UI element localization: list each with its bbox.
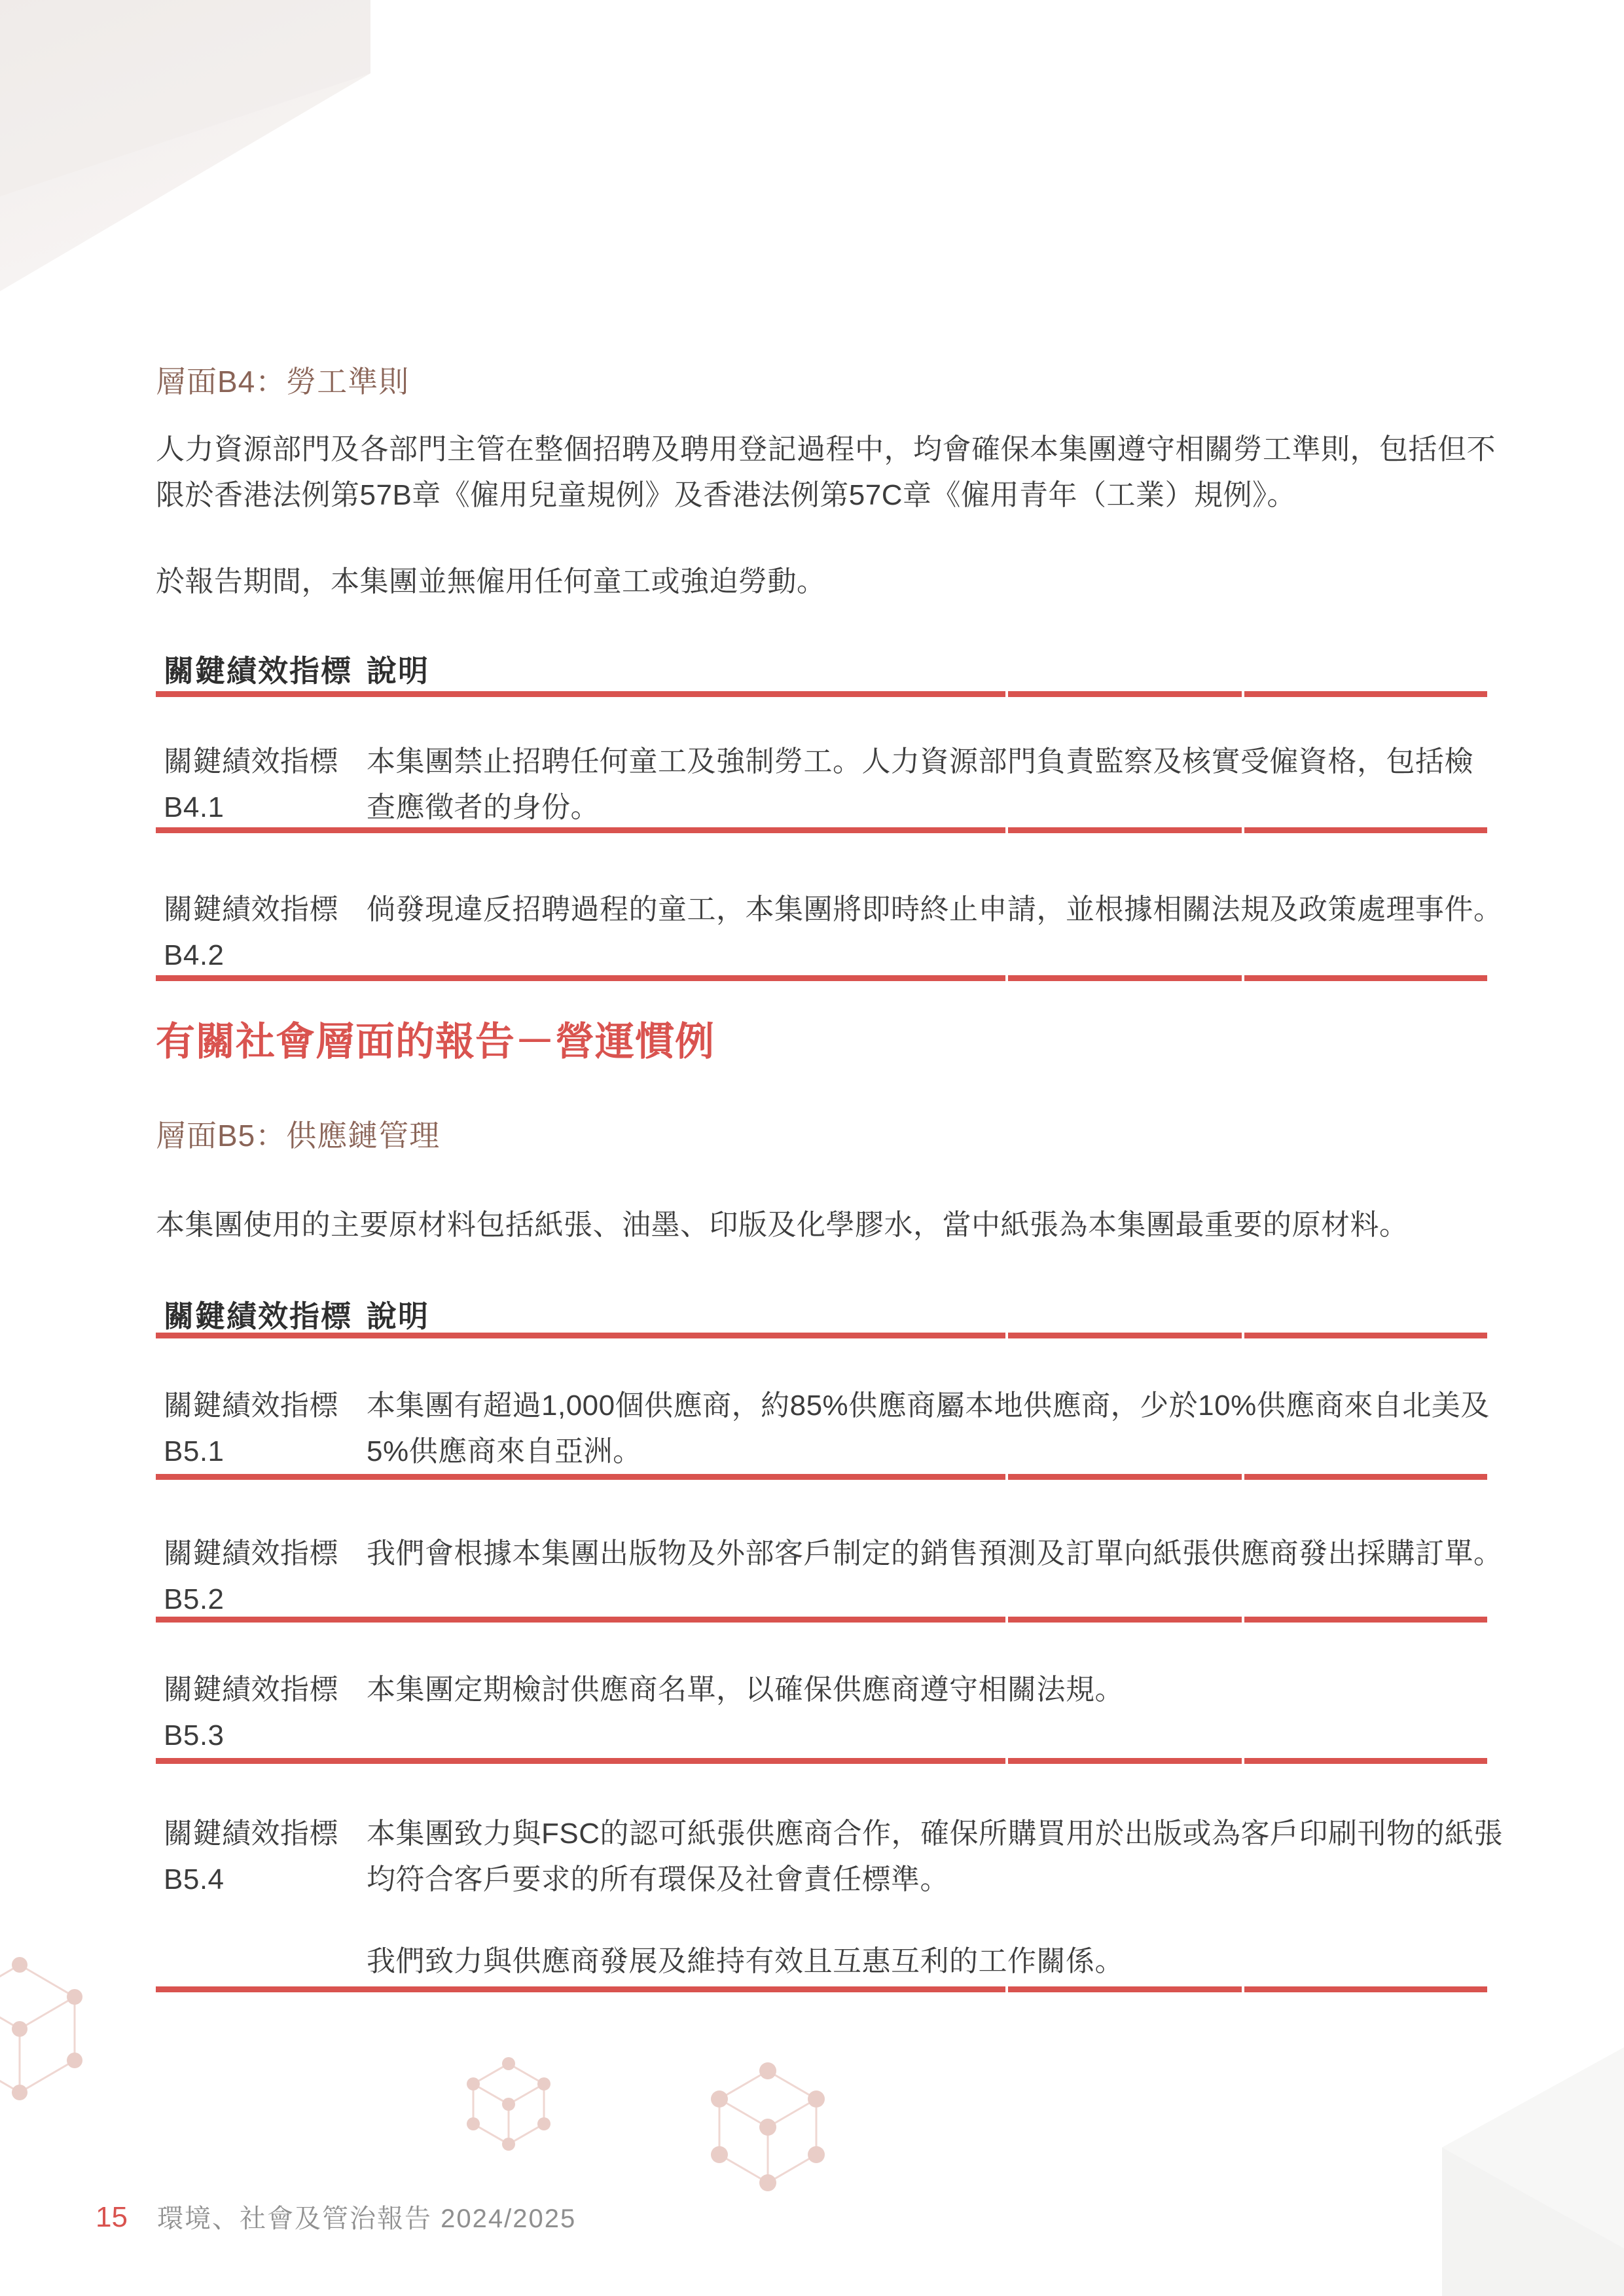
b4-paragraph: 於報告期間，本集團並無僱用任何童工或強迫勞動。 xyxy=(156,567,826,596)
table-rule xyxy=(156,1758,1487,1764)
corner-decoration-top-left xyxy=(0,0,370,291)
kpi-row-label: 關鍵績效指標 xyxy=(164,1391,338,1420)
esg-report-page: 層面B4：勞工準則 人力資源部門及各部門主管在整個招聘及聘用登記過程中，均會確保… xyxy=(0,0,1624,2296)
kpi-row-description: 倘發現違反招聘過程的童工，本集團將即時終止申請，並根據相關法規及政策處理事件。 xyxy=(367,895,1503,924)
aspect-b5-heading: 層面B5：供應鏈管理 xyxy=(156,1121,440,1151)
kpi-row-label: 關鍵績效指標 xyxy=(164,747,338,776)
kpi-row-label: 關鍵績效指標 xyxy=(164,1539,338,1568)
kpi-row-description: 本集團致力與FSC的認可紙張供應商合作，確保所購買用於出版或為客戶印刷刊物的紙張 xyxy=(367,1820,1503,1848)
social-section-title: 有關社會層面的報告－營運慣例 xyxy=(156,1022,715,1062)
report-title: 環境、社會及管治報告 2024/2025 xyxy=(157,2206,576,2232)
kpi-row-description: 均符合客戶要求的所有環保及社會責任標準。 xyxy=(367,1865,949,1894)
table-rule xyxy=(156,975,1487,981)
cube-icon xyxy=(467,2057,550,2151)
table-rule xyxy=(156,691,1487,697)
kpi-row-description: 5%供應商來自亞洲。 xyxy=(367,1437,642,1466)
kpi-row-code: B5.3 xyxy=(164,1721,225,1750)
kpi-row-code: B4.1 xyxy=(164,793,225,822)
kpi-row-description: 我們會根據本集團出版物及外部客戶制定的銷售預測及訂單向紙張供應商發出採購訂單。 xyxy=(367,1539,1503,1568)
b5-paragraph: 本集團使用的主要原材料包括紙張、油墨、印版及化學膠水，當中紙張為本集團最重要的原… xyxy=(156,1211,1409,1240)
b4-paragraph-line: 人力資源部門及各部門主管在整個招聘及聘用登記過程中，均會確保本集團遵守相關勞工準… xyxy=(156,435,1496,464)
description-column-header: 說明 xyxy=(367,1301,429,1331)
kpi-row-description: 查應徵者的身份。 xyxy=(367,793,600,822)
page-number: 15 xyxy=(96,2203,128,2232)
corner-decoration-bottom-right xyxy=(1442,2047,1624,2296)
table-rule xyxy=(156,1474,1487,1480)
kpi-row-label: 關鍵績效指標 xyxy=(164,1820,338,1848)
table-rule xyxy=(156,1333,1487,1338)
kpi-row-label: 關鍵績效指標 xyxy=(164,895,338,924)
kpi-row-code: B5.2 xyxy=(164,1585,225,1614)
cube-icon xyxy=(711,2062,825,2191)
b4-paragraph-line: 限於香港法例第57B章《僱用兒童規例》及香港法例第57C章《僱用青年（工業）規例… xyxy=(156,481,1296,510)
kpi-row-code: B4.2 xyxy=(164,941,225,970)
kpi-column-header: 關鍵績效指標 xyxy=(164,1301,352,1331)
kpi-row-code: B5.4 xyxy=(164,1865,225,1894)
table-rule xyxy=(156,1617,1487,1623)
description-column-header: 說明 xyxy=(367,656,429,686)
kpi-row-code: B5.1 xyxy=(164,1437,225,1466)
kpi-row-description: 本集團定期檢討供應商名單，以確保供應商遵守相關法規。 xyxy=(367,1676,1124,1704)
aspect-b4-heading: 層面B4：勞工準則 xyxy=(156,367,409,397)
table-rule xyxy=(156,827,1487,833)
cube-icon xyxy=(0,1957,82,2100)
kpi-row-description: 我們致力與供應商發展及維持有效且互惠互利的工作關係。 xyxy=(367,1947,1124,1976)
kpi-column-header: 關鍵績效指標 xyxy=(164,656,352,686)
kpi-row-label: 關鍵績效指標 xyxy=(164,1676,338,1704)
kpi-row-description: 本集團禁止招聘任何童工及強制勞工。人力資源部門負責監察及核實受僱資格，包括檢 xyxy=(367,747,1473,776)
table-rule xyxy=(156,1986,1487,1992)
kpi-row-description: 本集團有超過1,000個供應商，約85%供應商屬本地供應商，少於10%供應商來自… xyxy=(367,1391,1490,1420)
